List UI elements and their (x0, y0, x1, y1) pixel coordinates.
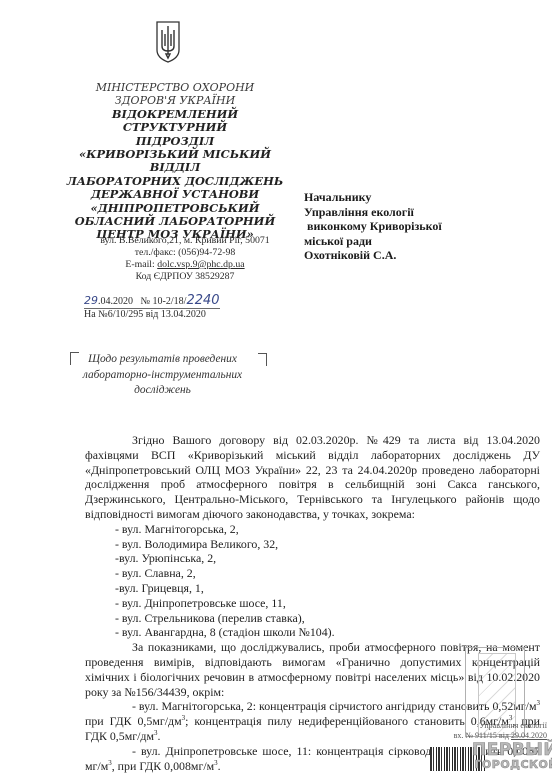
addressee-line: міської ради (304, 234, 442, 249)
subject-text: лабораторно-інструментальних (75, 368, 250, 384)
org-line: «КРИВОРІЗЬКИЙ МІСЬКИЙ (60, 148, 290, 161)
phone: тел./факс: (056)94-72-98 (80, 247, 290, 259)
email-link[interactable]: dolc.vsp.9@phc.dp.ua (157, 259, 244, 270)
handwritten-day: 29 (84, 294, 98, 307)
address: вул. В.Великого,21, м. Кривий Ріг, 50071 (80, 235, 290, 247)
watermark-logo: ПЕРВЫЙ ГОРОДСКОЙ (472, 742, 552, 771)
sampling-point: -вул. Грицевця, 1, (85, 581, 540, 596)
watermark-line: ГОРОДСКОЙ (472, 759, 552, 771)
number-label: № 10-2/18/ (141, 296, 187, 307)
org-line: ОБЛАСНИЙ ЛАБОРАТОРНИЙ (60, 215, 290, 228)
subject-text: досліджень (75, 383, 250, 399)
organization-header: МІНІСТЕРСТВО ОХОРОНИ ЗДОРОВ'Я УКРАЇНИ ВІ… (60, 81, 290, 242)
org-line: ДЕРЖАВНОЇ УСТАНОВИ (60, 188, 290, 201)
watermark-line: ПЕРВЫЙ (472, 742, 552, 759)
printed-date: .04.2020 (98, 296, 133, 307)
addressee-line: Управління екології (304, 205, 442, 220)
edrpou-code: Код ЄДРПОУ 38529287 (80, 271, 290, 283)
sampling-point: - вул. Дніпропетровське шосе, 11, (85, 596, 540, 611)
sampling-point: - вул. Славна, 2, (85, 566, 540, 581)
trident-coat-of-arms-icon (155, 20, 181, 64)
addressee-line: виконкому Криворізької (304, 219, 442, 234)
stamp-department: Управління екології (402, 721, 547, 731)
sampling-point: -вул. Урюпінська, 2, (85, 551, 540, 566)
email-line: E-mail: dolc.vsp.9@phc.dp.ua (80, 259, 290, 271)
incoming-registration-stamp: Управління екології вх. № 911/15 від 29.… (402, 721, 547, 741)
sampling-point: - вул. Магнітогорська, 2, (85, 522, 540, 537)
subject-text: Щодо результатів проведених (75, 352, 250, 368)
org-line: ЛАБОРАТОРНИХ ДОСЛІДЖЕНЬ (60, 175, 290, 188)
paragraph-intro: Згідно Вашого договору від 02.03.2020р. … (85, 433, 540, 522)
outgoing-registration: 29.04.2020 № 10-2/18/2240 На №6/10/295 в… (84, 295, 220, 321)
addressee-block: Начальнику Управління екології виконкому… (304, 190, 442, 263)
ministry-line: МІНІСТЕРСТВО ОХОРОНИ (60, 81, 290, 94)
org-line: ВІДДІЛ (60, 161, 290, 174)
addressee-line: Начальнику (304, 190, 442, 205)
org-line: ПІДРОЗДІЛ (60, 135, 290, 148)
sampling-point: - вул. Стрельникова (перелив ставка), (85, 611, 540, 626)
org-line: СТРУКТУРНИЙ (60, 121, 290, 134)
ministry-line: ЗДОРОВ'Я УКРАЇНИ (60, 94, 290, 107)
subject-bracket-right (258, 353, 267, 366)
handwritten-number: 2240 (186, 293, 219, 308)
sampling-point: - вул. Володимира Великого, 32, (85, 537, 540, 552)
contact-info: вул. В.Великого,21, м. Кривий Ріг, 50071… (80, 235, 290, 283)
email-label: E-mail: (125, 259, 157, 270)
reply-reference: На №6/10/295 від 13.04.2020 (84, 309, 220, 321)
sampling-point: - вул. Авангардна, 8 (стадіон школи №104… (85, 625, 540, 640)
addressee-line: Охотніковій С.А. (304, 248, 442, 263)
subject-line: Щодо результатів проведених лабораторно-… (75, 352, 250, 399)
outgoing-number-line: 29.04.2020 № 10-2/18/2240 (84, 295, 220, 309)
org-line: «ДНІПРОПЕТРОВСЬКИЙ (60, 202, 290, 215)
org-line: ВІДОКРЕМЛЕНИЙ (60, 108, 290, 121)
